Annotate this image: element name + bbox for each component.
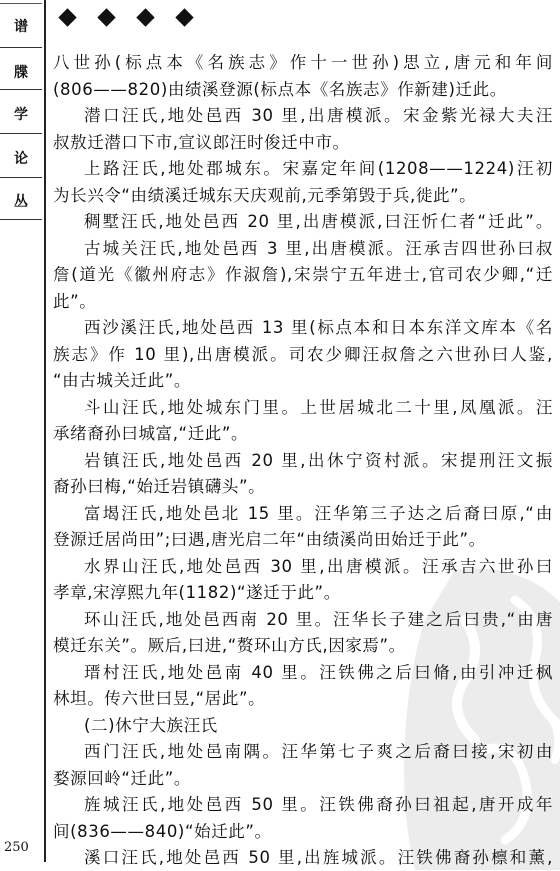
entry-jincun: 瑨村汪氏,地处邑南 40 里。汪铁佛之后曰脩,由引冲迁枫: [53, 660, 553, 687]
text-line: 裔孙曰梅,“始迁岩镇礴头”。: [53, 474, 553, 501]
book-page: 谱 牒 学 论 丛 250 八世孙(标点本《名族志》作十一世孙)思立,唐元和年间…: [0, 0, 560, 871]
text-line: 林坦。传六世曰昱,“居此”。: [53, 686, 553, 713]
series-label-xue: 学: [0, 104, 42, 124]
series-label-die: 牒: [0, 62, 42, 82]
text-line: 八世孙(标点本《名族志》作十一世孙)思立,唐元和年间: [53, 50, 553, 77]
text-line: 登源迁居尚田”;曰遇,唐光启二年“由绩溪尚田始迁于此”。: [53, 527, 553, 554]
entry-fuge: 富堨汪氏,地处邑北 15 里。汪华第三子达之后裔曰原,“由: [53, 501, 553, 528]
series-label-lun: 论: [0, 148, 42, 168]
series-title-column: 谱 牒 学 论 丛 250: [0, 0, 45, 871]
text-line: “由古城关迁此”。: [53, 368, 553, 395]
text-line: 孝章,宋淳熙九年(1182)“遂迁于此”。: [53, 580, 553, 607]
series-label-cong: 丛: [0, 191, 42, 211]
entry-ximen: 西门汪氏,地处邑南隅。汪华第七子爽之后裔曰接,宋初由: [53, 739, 553, 766]
text-line: 此”。: [53, 289, 553, 316]
series-divider: [0, 89, 42, 90]
entry-shuijieshan: 水界山汪氏,地处邑西 30 里,出唐模派。汪承吉六世孙曰: [53, 554, 553, 581]
text-line: 模迁东关”。厥后,曰进,“赘环山方氏,因家焉”。: [53, 633, 553, 660]
series-divider: [0, 177, 42, 178]
text-line: (806——820)由绩溪登源(标点本《名族志》作新建)迁此。: [53, 77, 553, 104]
top-rule: [0, 3, 42, 4]
text-line: 叔敖迁潜口下市,宣议郎汪时俊迁中市。: [53, 130, 553, 157]
margin-vertical-rule: [44, 0, 46, 862]
entry-xikou: 溪口汪氏,地处邑西 50 里,出旌城派。汪铁佛裔孙檩和薰,: [53, 845, 553, 871]
entry-jingcheng: 旌城汪氏,地处邑西 50 里。汪铁佛裔孙曰祖起,唐开成年: [53, 792, 553, 819]
text-line: 间(836——840)“始迁此”。: [53, 819, 553, 846]
text-line: 婺源回岭“迁此”。: [53, 766, 553, 793]
series-divider: [0, 219, 42, 220]
entry-choushu: 稠墅汪氏,地处邑西 20 里,出唐模派,曰汪忻仁者“迁此”。: [53, 209, 553, 236]
series-divider: [0, 47, 42, 48]
entry-doushan: 斗山汪氏,地处城东门里。上世居城北二十里,凤凰派。汪: [53, 395, 553, 422]
series-divider: [0, 133, 42, 134]
entry-guchengguan: 古城关汪氏,地处邑西 3 里,出唐模派。汪承吉四世孙曰叔: [53, 236, 553, 263]
entry-shanglu: 上路汪氏,地处郡城东。宋嘉定年间(1208——1224)汪初: [53, 156, 553, 183]
entry-xishaxi: 西沙溪汪氏,地处邑西 13 里(标点本和日本东洋文库本《名: [53, 315, 553, 342]
entry-qiankou: 潜口汪氏,地处邑西 30 里,出唐模派。宋金紫光禄大夫汪: [53, 103, 553, 130]
entry-huanshan: 环山汪氏,地处邑西南 20 里。汪华长子建之后曰贵,“由唐: [53, 607, 553, 634]
section-heading: (二)休宁大族汪氏: [53, 713, 553, 740]
entry-yanzhen: 岩镇汪氏,地处邑西 20 里,出休宁资村派。宋提刑汪文振: [53, 448, 553, 475]
text-line: 承绪裔孙曰城富,“迁此”。: [53, 421, 553, 448]
diamond-icon: [97, 8, 115, 26]
diamond-icon: [175, 8, 193, 26]
text-line: 为长兴令“由绩溪迁城东天庆观前,元季第毁于兵,徙此”。: [53, 183, 553, 210]
header-ornament: [58, 8, 194, 27]
diamond-icon: [58, 8, 76, 26]
diamond-icon: [136, 8, 154, 26]
series-label-pu: 谱: [0, 16, 42, 36]
page-number: 250: [4, 840, 29, 855]
text-line: 族志》作 10 里),出唐模派。司农少卿汪叔詹之六世孙曰人鉴,: [53, 342, 553, 369]
text-line: 詹(道光《徽州府志》作淑詹),宋崇宁五年进士,官司农少卿,“迁: [53, 262, 553, 289]
body-text: 八世孙(标点本《名族志》作十一世孙)思立,唐元和年间 (806——820)由绩溪…: [53, 50, 553, 871]
